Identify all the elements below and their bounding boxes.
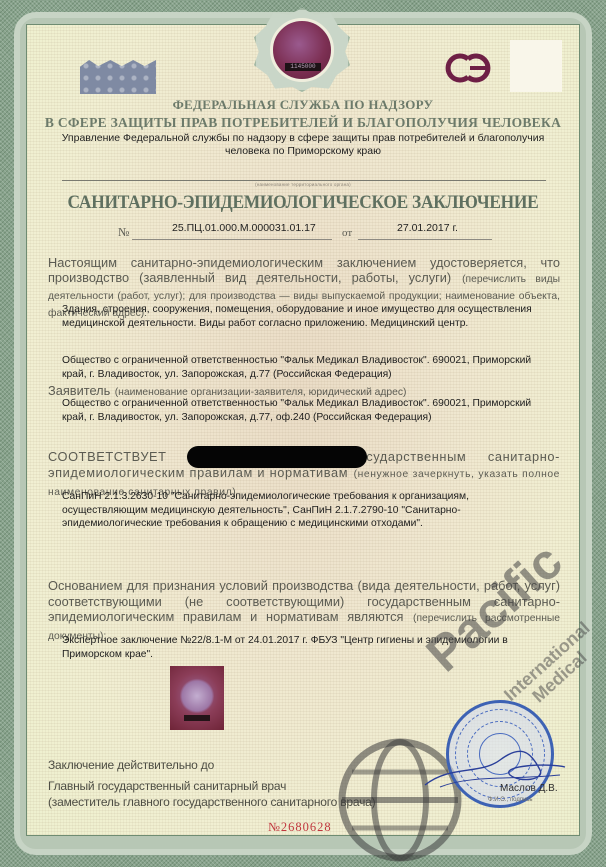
- document-title: САНИТАРНО-ЭПИДЕМИОЛОГИЧЕСКОЕ ЗАКЛЮЧЕНИЕ: [18, 193, 588, 214]
- form-serial-number: №2680628: [268, 820, 332, 835]
- sanitary-rules: СанПиН 2.1.3.2630-10 "Санитарно-эпидемио…: [62, 490, 552, 531]
- activity-description: Здания, строения, сооружения, помещения,…: [62, 303, 552, 330]
- date-label: от: [342, 227, 352, 239]
- hologram-emblem-icon: 1145000: [270, 18, 334, 82]
- number-underline: [132, 239, 332, 240]
- applicant-label: Заявитель: [48, 383, 110, 398]
- signer-title: Главный государственный санитарный врач: [48, 779, 286, 793]
- hologram-serial: 1145000: [285, 63, 321, 71]
- redaction-bar: [187, 446, 367, 468]
- number-label: №: [118, 225, 129, 240]
- hologram-eagle-icon: [170, 666, 224, 730]
- object-address: Общество с ограниченной ответственностью…: [62, 354, 552, 381]
- valid-until-label: Заключение действительно до: [48, 758, 214, 772]
- se-logo-icon: [444, 52, 500, 84]
- applicant-value: Общество с ограниченной ответственностью…: [62, 397, 552, 424]
- date-underline: [358, 239, 492, 240]
- signer-title-alt: (заместитель главного государственного с…: [48, 795, 375, 809]
- department-caption: (наименование территориального органа): [0, 182, 606, 187]
- conformity-verdict: СООТВЕТСТВУЕТ (: [48, 449, 193, 464]
- document-number: 25.ПЦ.01.000.М.000031.01.17: [172, 222, 316, 234]
- blank-field: [510, 40, 562, 92]
- divider: [62, 180, 546, 181]
- document-number-row: № 25.ПЦ.01.000.М.000031.01.17 от 27.01.2…: [0, 222, 606, 242]
- signer-name: Маслов Д.В.: [500, 783, 558, 794]
- document-date: 27.01.2017 г.: [397, 222, 458, 234]
- agency-title-line1: ФЕДЕРАЛЬНАЯ СЛУЖБА ПО НАДЗОРУ: [0, 97, 606, 113]
- agency-title-line2: В СФЕРЕ ЗАЩИТЫ ПРАВ ПОТРЕБИТЕЛЕЙ И БЛАГО…: [0, 115, 606, 131]
- department-name: Управление Федеральной службы по надзору…: [55, 132, 551, 158]
- signer-caption: Ф.И.О., подпись: [488, 797, 533, 803]
